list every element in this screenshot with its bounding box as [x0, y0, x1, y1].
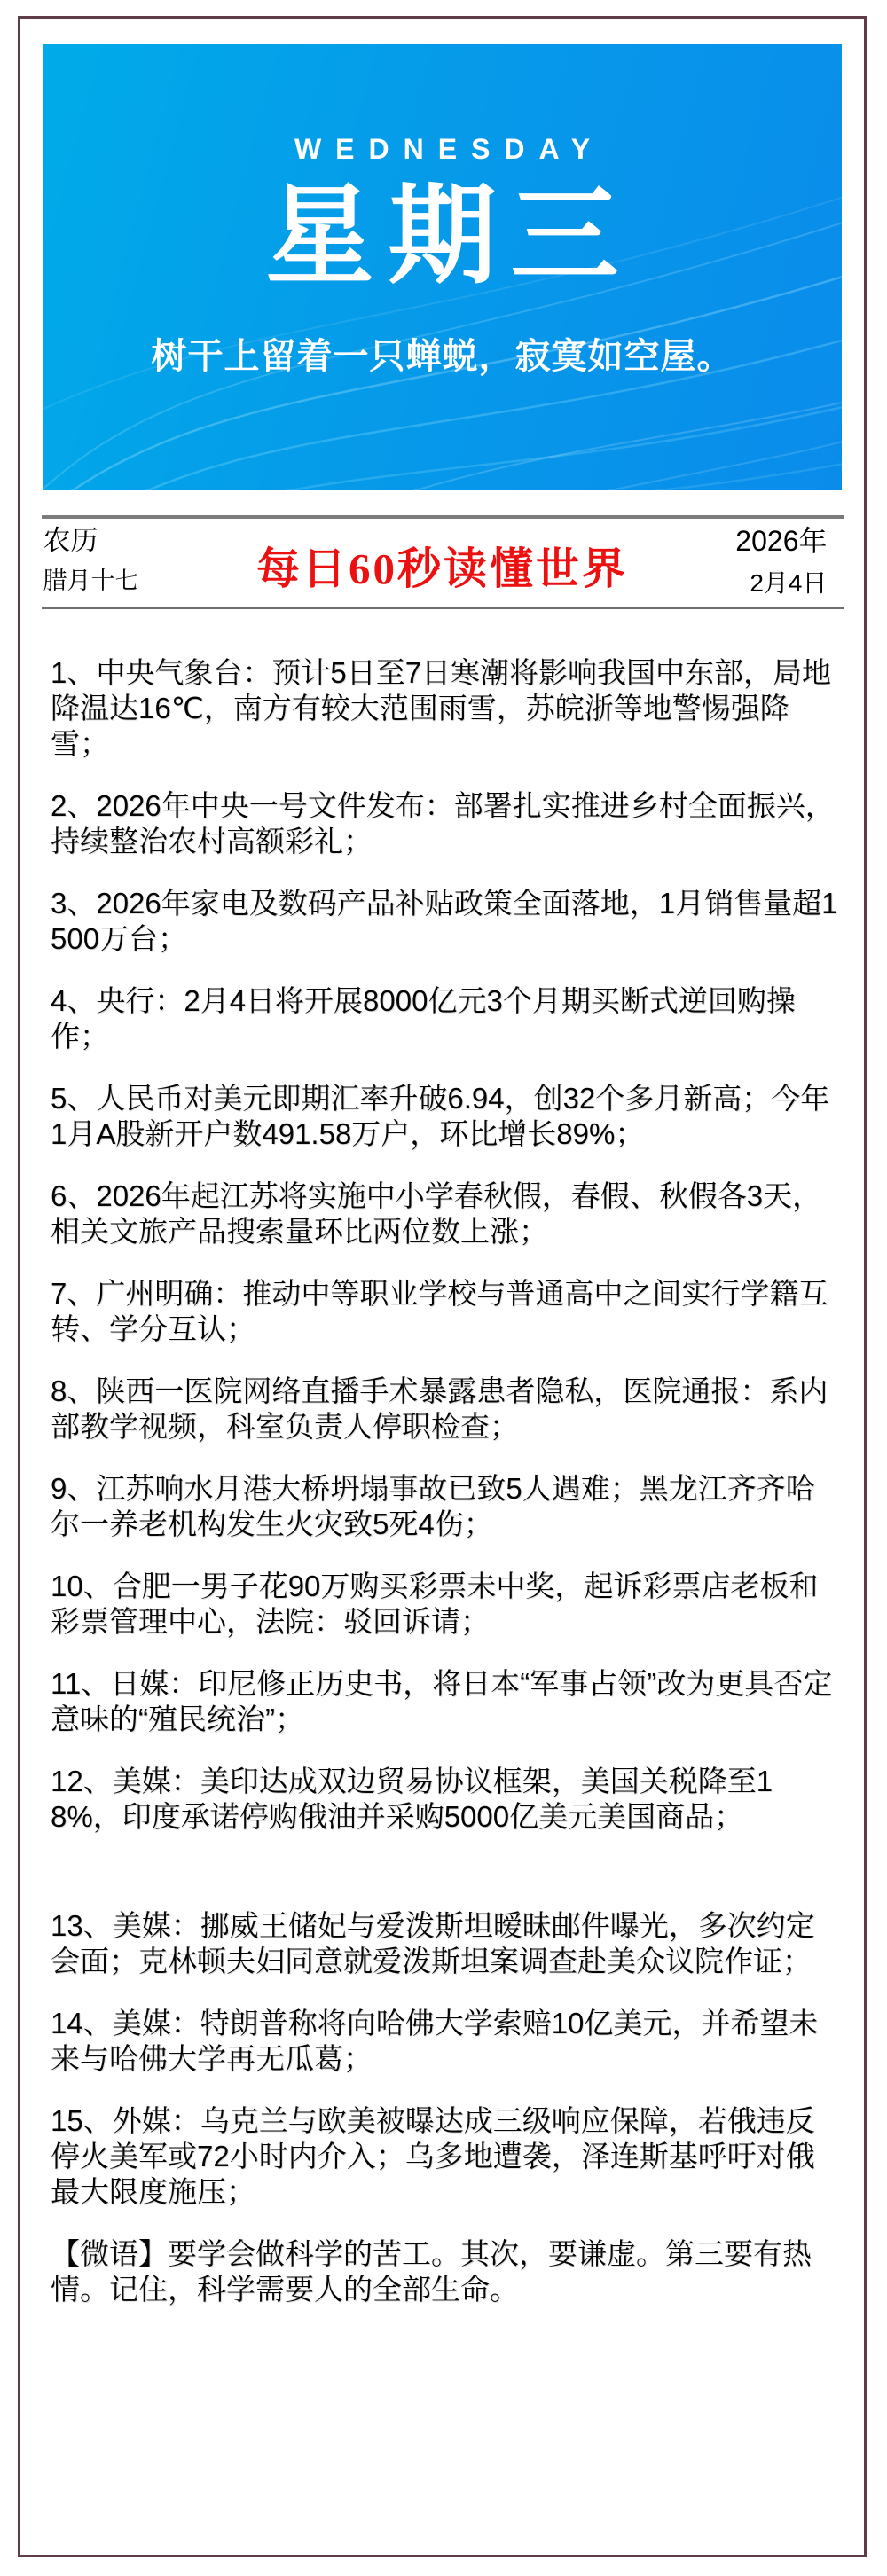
weekday-chinese: 星期三	[43, 183, 842, 293]
lunar-label: 农历	[43, 525, 98, 557]
date-label: 2月4日	[750, 570, 827, 598]
news-item-2: 2、2026年中央一号文件发布：部署扎实推进乡村全面振兴，持续整治农村高额彩礼；	[51, 788, 838, 859]
weiyu-quote: 【微语】要学会做科学的苦工。其次，要谦虚。第三要有热情。记住，科学需要人的全部生…	[51, 2236, 838, 2307]
news-item-1: 1、中央气象台：预计5日至7日寒潮将影响我国中东部，局地降温达16℃，南方有较大…	[51, 655, 838, 762]
news-item-7: 7、广州明确：推动中等职业学校与普通高中之间实行学籍互转、学分互认；	[51, 1276, 838, 1347]
masthead-title: 每日60秒读懂世界	[256, 534, 628, 596]
lunar-column: 农历 腊月十七	[43, 525, 139, 594]
news-item-10: 10、合肥一男子花90万购买彩票未中奖，起诉彩票店老板和彩票管理中心，法院：驳回…	[51, 1569, 838, 1640]
page-root: { "hero": { "weekday_en": "WEDNESDAY", "…	[0, 0, 887, 2576]
news-item-6: 6、2026年起江苏将实施中小学春秋假，春假、秋假各3天，相关文旅产品搜索量环比…	[51, 1178, 838, 1249]
date-column: 2026年 2月4日	[735, 525, 841, 598]
news-item-14: 14、美媒：特朗普称将向哈佛大学索赔10亿美元，并希望未来与哈佛大学再无瓜葛；	[51, 2006, 838, 2077]
news-item-15: 15、外媒：乌克兰与欧美被曝达成三级响应保障，若俄违反停火美军或72小时内介入；…	[51, 2103, 838, 2210]
lunar-date: 腊月十七	[43, 568, 139, 595]
news-item-8: 8、陕西一医院网络直播手术暴露患者隐私，医院通报：系内部教学视频，科室负责人停职…	[51, 1374, 838, 1445]
news-item-3: 3、2026年家电及数码产品补贴政策全面落地，1月销售量超1500万台；	[51, 886, 838, 957]
year-label: 2026年	[735, 525, 827, 558]
news-item-11: 11、日媒：印尼修正历史书，将日本“军事占领”改为更具否定意味的“殖民统治”；	[51, 1666, 838, 1737]
news-item-5: 5、人民币对美元即期汇率升破6.94，创32个多月新高；今年1月A股新开户数49…	[51, 1081, 838, 1152]
weekday-english: WEDNESDAY	[43, 135, 842, 163]
news-item-13: 13、美媒：挪威王储妃与爱泼斯坦暧昧邮件曝光，多次约定会面；克林顿夫妇同意就爱泼…	[51, 1908, 838, 1979]
content-frame: WEDNESDAY 星期三 树干上留着一只蝉蜕，寂寞如空屋。 农历 腊月十七 每…	[18, 16, 867, 2557]
news-item-12: 12、美媒：美印达成双边贸易协议框架，美国关税降至18%，印度承诺停购俄油并采购…	[51, 1764, 838, 1835]
date-bar: 农历 腊月十七 每日60秒读懂世界 2026年 2月4日	[42, 515, 844, 609]
hero-banner: WEDNESDAY 星期三 树干上留着一只蝉蜕，寂寞如空屋。	[43, 44, 842, 490]
hero-quote: 树干上留着一只蝉蜕，寂寞如空屋。	[43, 339, 842, 374]
news-list: 1、中央气象台：预计5日至7日寒潮将影响我国中东部，局地降温达16℃，南方有较大…	[20, 609, 864, 2307]
news-item-4: 4、央行：2月4日将开展8000亿元3个月期买断式逆回购操作；	[51, 983, 838, 1054]
news-item-9: 9、江苏响水月港大桥坍塌事故已致5人遇难；黑龙江齐齐哈尔一养老机构发生火灾致5死…	[51, 1471, 838, 1542]
